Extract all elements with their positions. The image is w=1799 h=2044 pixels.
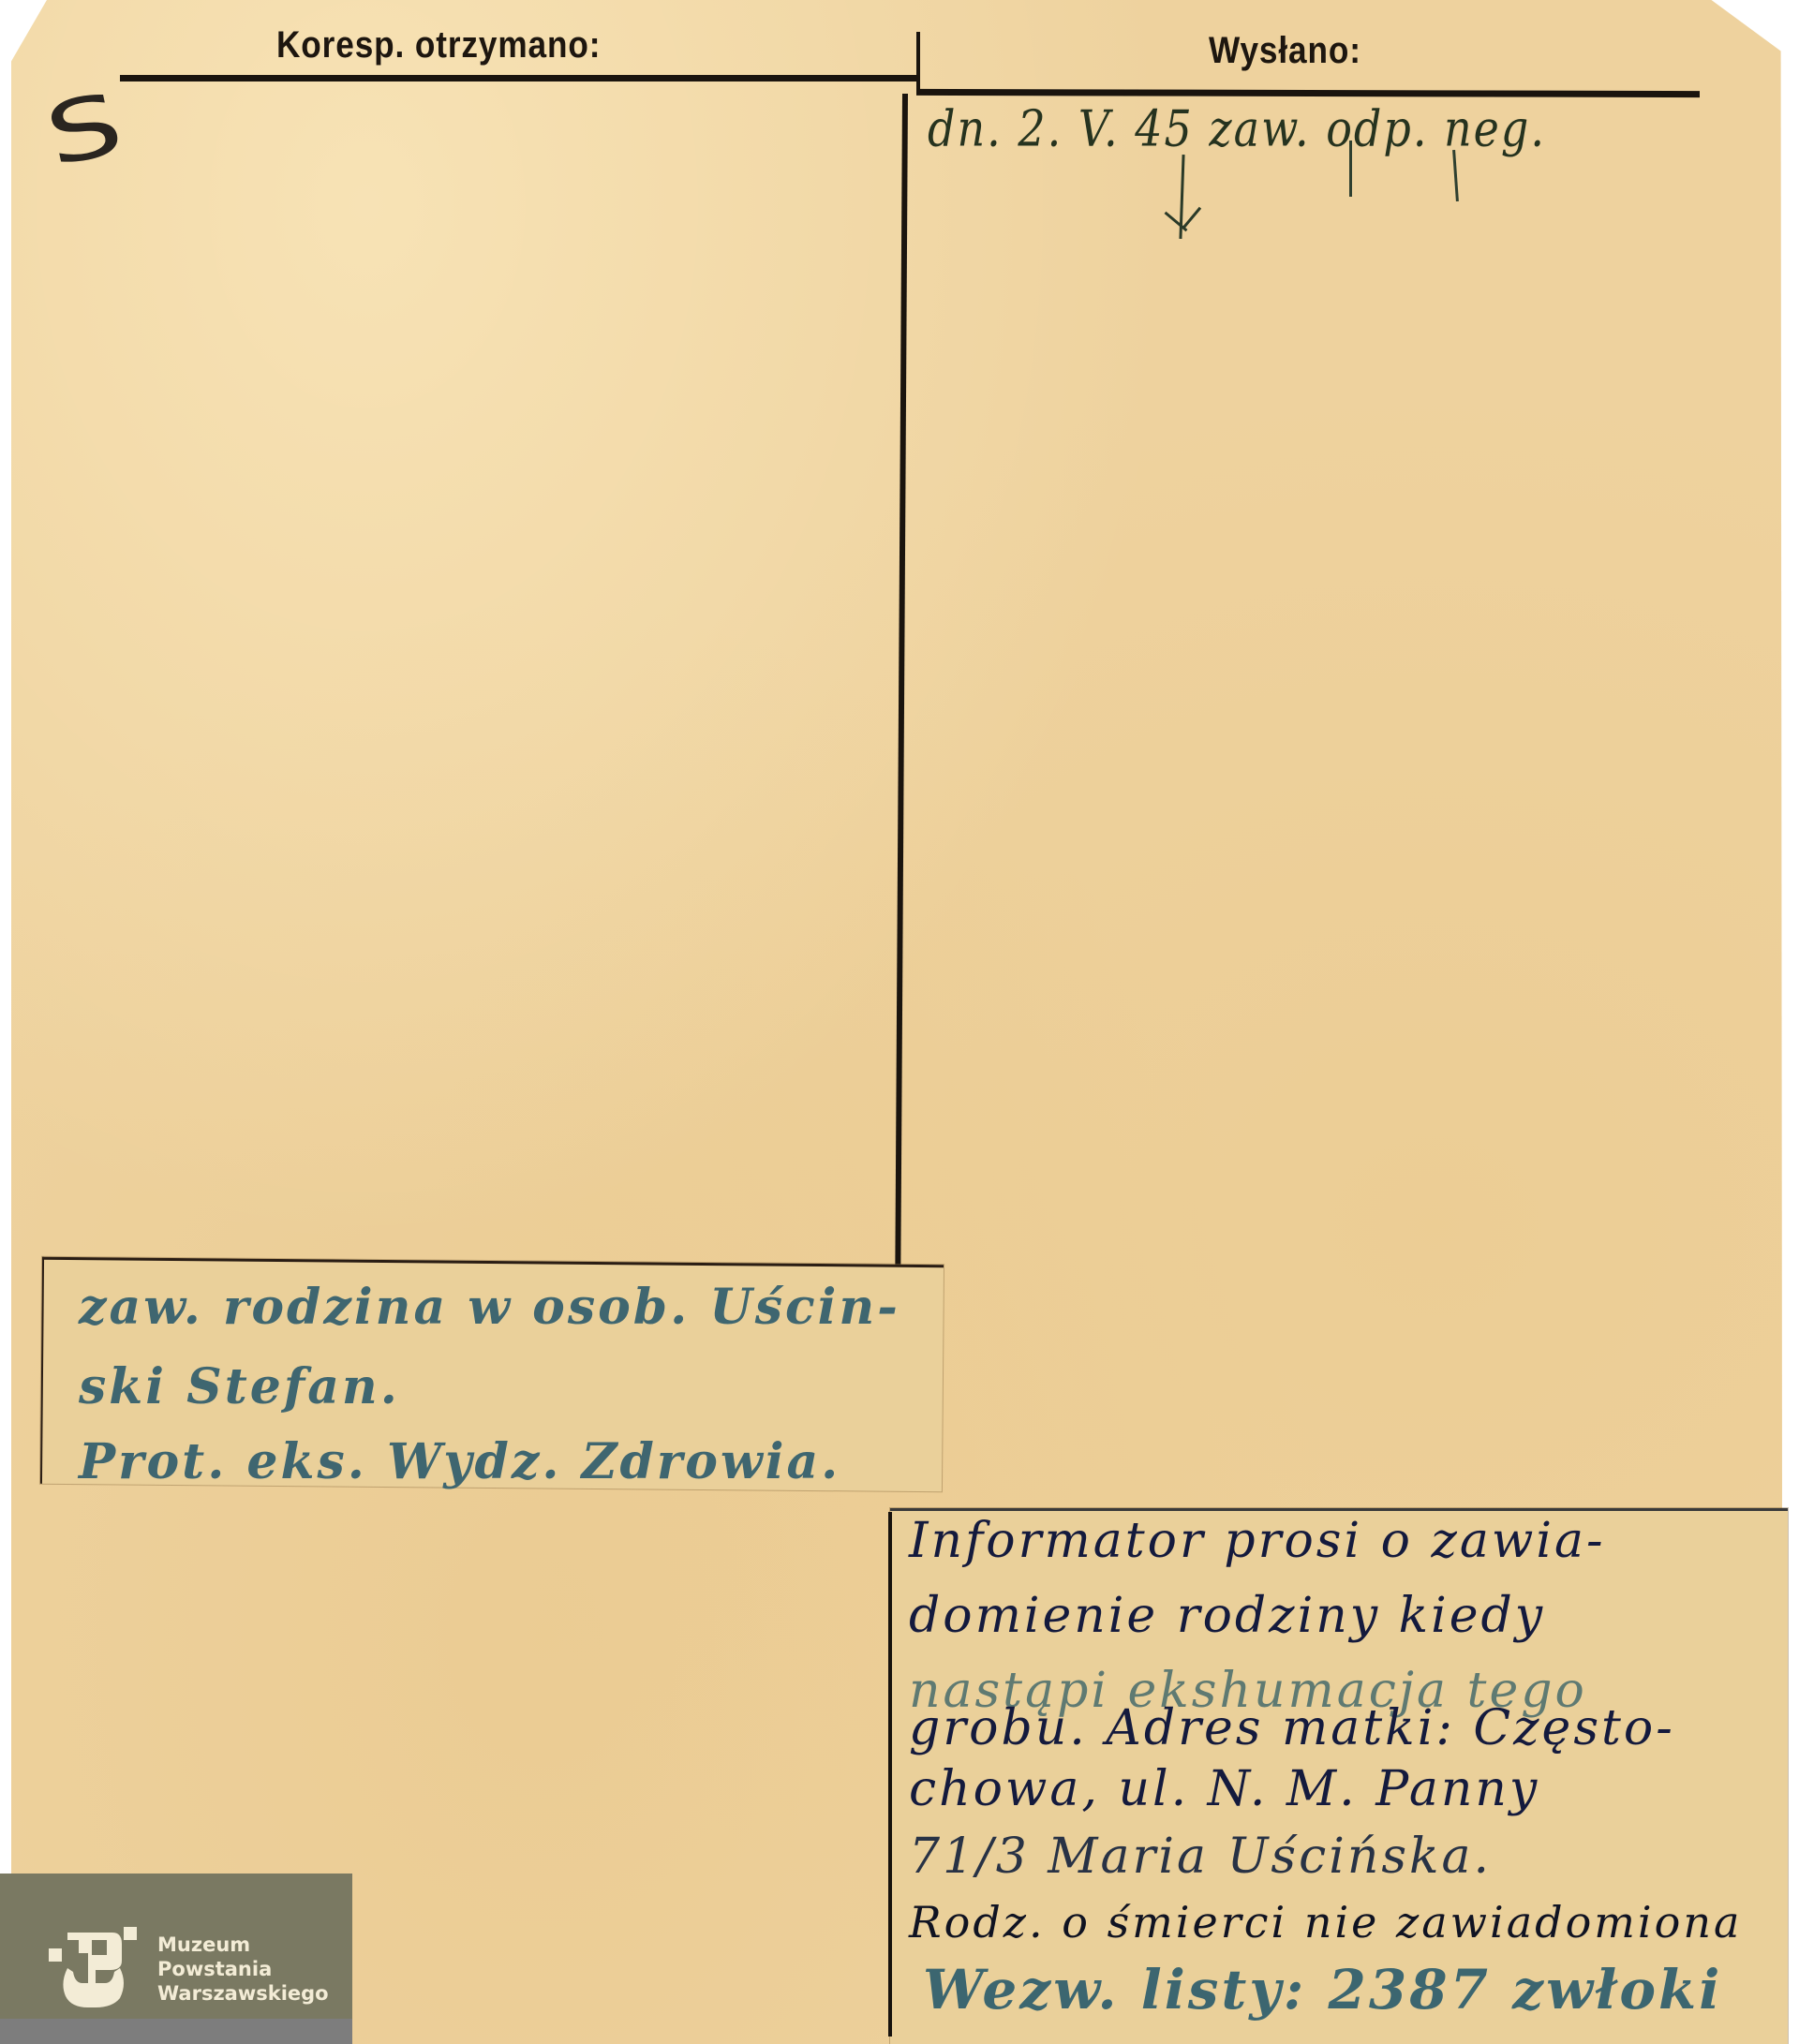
column-divider-top <box>916 32 920 90</box>
slip-right-border <box>888 1512 892 2037</box>
header-received-label: Koresp. otrzymano: <box>276 24 601 67</box>
slip-right-line: chowa, ul. N. M. Panny <box>909 1761 1539 1817</box>
museum-watermark: Muzeum Powstania Warszawskiego <box>0 1874 352 2044</box>
slip-right-line: Wezw. listy: 2387 zwłoki <box>923 1958 1722 2022</box>
slip-left-line: zaw. rodzina w osob. Uścin- <box>79 1279 900 1336</box>
header-rule-left <box>120 75 916 81</box>
slip-right-line: Rodz. o śmierci nie zawiadomiona <box>909 1897 1742 1948</box>
slip-left-line: Prot. eks. Wydz. Zdrowia. <box>79 1433 840 1490</box>
watermark-line: Warszawskiego <box>157 1981 329 2006</box>
slip-right-line: domienie rodziny kiedy <box>909 1588 1545 1644</box>
watermark-line: Muzeum <box>157 1933 329 1957</box>
kotwica-anchor-icon <box>47 1916 141 2009</box>
sent-note: dn. 2. V. 45 zaw. odp. neg. <box>928 99 1546 157</box>
pen-stroke <box>1349 141 1352 197</box>
slip-right-line: Informator prosi o zawia- <box>909 1513 1606 1569</box>
header-sent-label: Wysłano: <box>1209 30 1361 72</box>
slip-left-line: ski Stefan. <box>79 1358 400 1415</box>
slip-right-line: 71/3 Maria Uścińska. <box>909 1829 1492 1885</box>
slip-right-line: grobu. Adres matki: Często- <box>909 1700 1675 1756</box>
watermark-line: Powstania <box>157 1957 329 1981</box>
